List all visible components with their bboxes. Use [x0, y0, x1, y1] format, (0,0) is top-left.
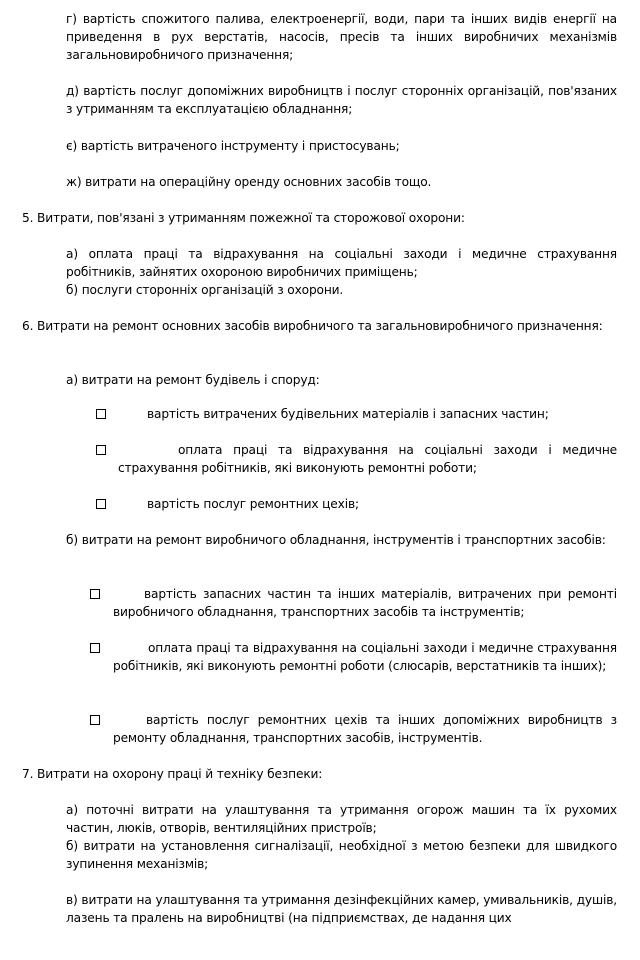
paragraph-g: г) вартість спожитого палива, електроене…: [66, 10, 617, 64]
item6-b-bullet-2: оплата праці та відрахування на соціальн…: [90, 639, 617, 675]
item7-a: а) поточні витрати на улаштування та утр…: [66, 801, 617, 837]
item7-v: в) витрати на улаштування та утримання д…: [66, 891, 617, 927]
item6-b-bullet-3: вартість послуг ремонтних цехів та інших…: [90, 711, 617, 747]
item6-b-label: б) витрати на ремонт виробничого обладна…: [66, 531, 617, 549]
item7-heading: 7. Витрати на охорону праці й техніку бе…: [22, 765, 617, 783]
item5-heading: 5. Витрати, пов'язані з утриманням пожеж…: [22, 209, 617, 227]
item6-a-bullet-1: вартість витрачених будівельних матеріал…: [96, 405, 617, 423]
item5-b: б) послуги сторонніх організацій з охоро…: [66, 281, 617, 299]
item5-a: а) оплата праці та відрахування на соціа…: [66, 245, 617, 281]
checkbox-icon: [90, 643, 100, 653]
checkbox-icon: [96, 445, 106, 455]
item6-heading: 6. Витрати на ремонт основних засобів ви…: [22, 317, 617, 335]
checkbox-icon: [90, 715, 100, 725]
paragraph-zh: ж) витрати на операційну оренду основних…: [66, 173, 617, 191]
item7-b: б) витрати на установлення сигналізації,…: [66, 837, 617, 873]
item6-a-bullet-3: вартість послуг ремонтних цехів;: [96, 495, 617, 513]
checkbox-icon: [96, 409, 106, 419]
item6-a-label: а) витрати на ремонт будівель і споруд:: [66, 371, 617, 389]
item6-a-bullet-2: оплата праці та відрахування на соціальн…: [96, 441, 617, 477]
checkbox-icon: [96, 499, 106, 509]
paragraph-ye: є) вартість витраченого інструменту і пр…: [66, 137, 617, 155]
item6-b-bullet-1: вартість запасних частин та інших матері…: [90, 585, 617, 621]
paragraph-d: д) вартість послуг допоміжних виробництв…: [66, 82, 617, 118]
checkbox-icon: [90, 589, 100, 599]
